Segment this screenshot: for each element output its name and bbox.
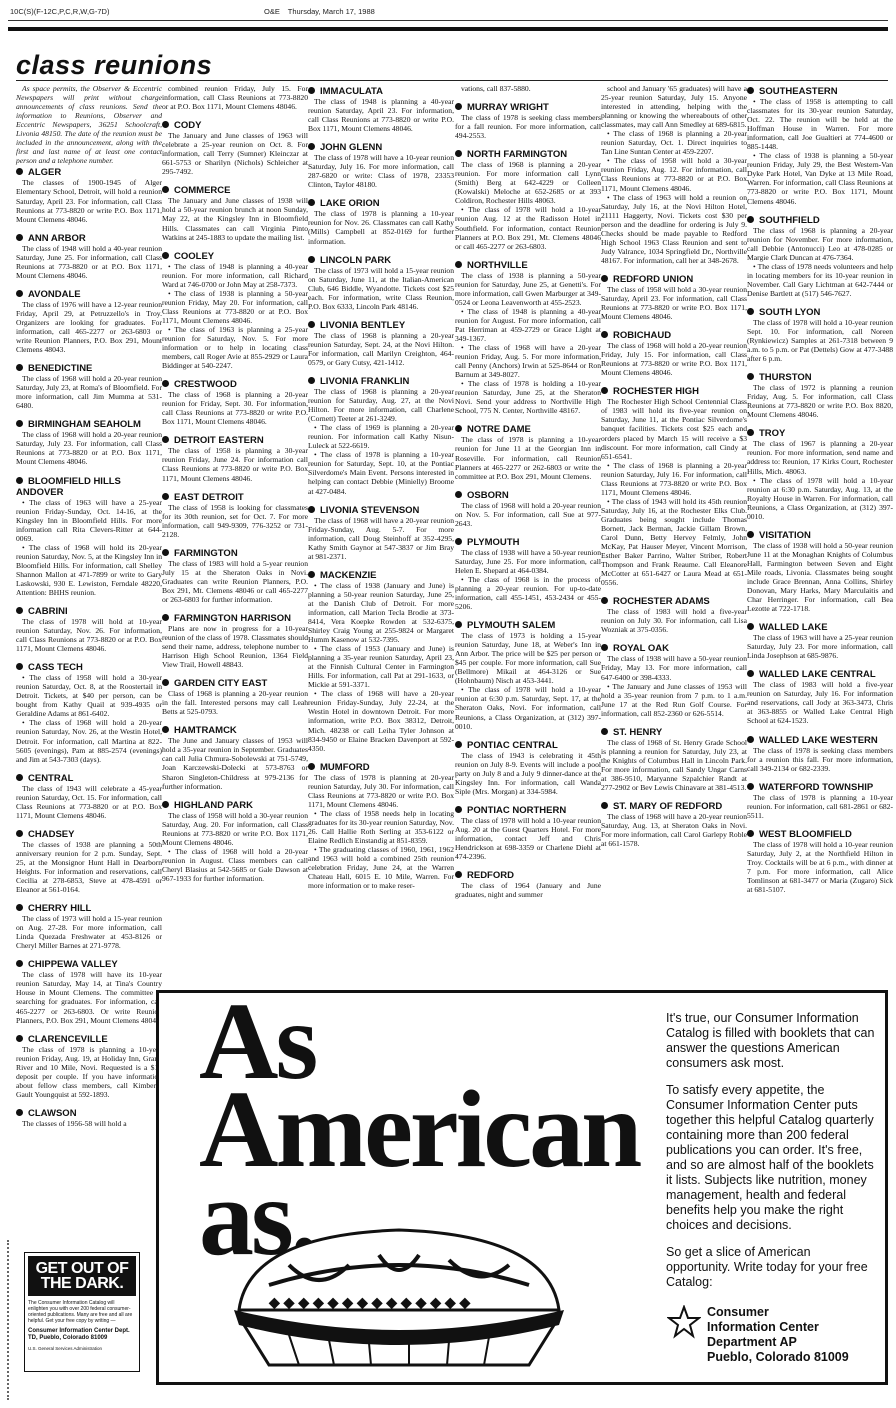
school-name: DETROIT EASTERN bbox=[174, 435, 264, 446]
reunion-text: The class of 1968 is planning a 20-year … bbox=[308, 331, 454, 367]
ad-paragraph: So get a slice of American opportunity. … bbox=[666, 1245, 876, 1290]
bullet-icon bbox=[308, 199, 315, 206]
school-name: SOUTH LYON bbox=[759, 307, 820, 318]
school-heading: NORTHVILLE bbox=[455, 260, 601, 271]
bullet-icon bbox=[455, 621, 462, 628]
bullet-icon bbox=[16, 663, 23, 670]
school-name: ROCHESTER ADAMS bbox=[613, 596, 710, 607]
bullet-icon bbox=[308, 506, 315, 513]
column-5: school and January '65 graduates) will h… bbox=[601, 84, 747, 857]
reunion-entry: PONTIAC NORTHERNThe class of 1978 will h… bbox=[455, 805, 601, 861]
school-name: ST. MARY OF REDFORD bbox=[613, 801, 722, 812]
bullet-icon bbox=[747, 308, 754, 315]
small-ad-headline: GET OUT OF THE DARK. bbox=[28, 1256, 136, 1296]
reunion-entry: ANN ARBORThe class of 1948 will hold a 4… bbox=[16, 233, 162, 280]
school-name: ST. HENRY bbox=[613, 727, 662, 738]
reunion-text: The class of 1968 is planning a 20-year … bbox=[747, 226, 893, 262]
reunion-text: • The class of 1958 will hold a 30-year … bbox=[16, 673, 162, 718]
bullet-icon bbox=[162, 801, 169, 808]
school-heading: FARMINGTON HARRISON bbox=[162, 613, 308, 624]
bullet-icon bbox=[455, 261, 462, 268]
star-logo-icon bbox=[667, 1305, 701, 1339]
bullet-icon bbox=[16, 290, 23, 297]
bullet-icon bbox=[308, 87, 315, 94]
school-name: PLYMOUTH bbox=[467, 537, 519, 548]
reunion-entry: DETROIT EASTERNThe class of 1958 is plan… bbox=[162, 435, 308, 482]
school-heading: CLAWSON bbox=[16, 1108, 162, 1119]
bullet-icon bbox=[162, 436, 169, 443]
reunion-text: • The class of 1978 will hold a 10-year … bbox=[455, 205, 601, 250]
school-heading: REDFORD bbox=[455, 870, 601, 881]
bullet-icon bbox=[16, 234, 23, 241]
reunion-text: school and January '65 graduates) will h… bbox=[601, 84, 747, 129]
school-heading: FARMINGTON bbox=[162, 548, 308, 559]
reunion-text: The class of 1948 is planning a 40-year … bbox=[308, 97, 454, 133]
intro-text: As space permits, the Observer & Eccentr… bbox=[16, 84, 162, 165]
bullet-icon bbox=[308, 377, 315, 384]
reunion-text: The Rochester High School Centennial Cla… bbox=[601, 397, 747, 460]
reunion-text: The class of 1964 (January and June grad… bbox=[455, 881, 601, 899]
school-heading: DETROIT EASTERN bbox=[162, 435, 308, 446]
school-heading: SOUTHEASTERN bbox=[747, 86, 893, 97]
reunion-text: • The class of 1968 will hold its 20-yea… bbox=[16, 543, 162, 597]
reunion-text: The classes of 1938 are planning a 50th … bbox=[16, 840, 162, 894]
reunion-text: The class of 1943 will celebrate a 45-ye… bbox=[16, 784, 162, 820]
reunion-entry: LIVONIA BENTLEYThe class of 1968 is plan… bbox=[308, 320, 454, 367]
reunion-entry: CLARENCEVILLEThe class of 1978 is planni… bbox=[16, 1034, 162, 1099]
school-heading: COOLEY bbox=[162, 251, 308, 262]
bullet-icon bbox=[747, 670, 754, 677]
school-name: THURSTON bbox=[759, 372, 812, 383]
reunion-text: The class of 1968 will hold a 20-year re… bbox=[601, 341, 747, 377]
reunion-text: The class of 1978 is seeking class membe… bbox=[455, 113, 601, 140]
bullet-icon bbox=[601, 802, 608, 809]
school-name: CRESTWOOD bbox=[174, 379, 237, 390]
school-heading: CENTRAL bbox=[16, 773, 162, 784]
reunion-entry: NORTHVILLEThe class of 1938 is planning … bbox=[455, 260, 601, 416]
school-name: HAMTRAMCK bbox=[174, 725, 237, 736]
reunion-text: The June and January classes of 1953 wil… bbox=[162, 736, 308, 790]
bullet-icon bbox=[16, 607, 23, 614]
reunion-text: The class of 1983 will hold a five-year … bbox=[601, 607, 747, 634]
school-heading: NOTRE DAME bbox=[455, 424, 601, 435]
reunion-entry: ROCHESTER ADAMSThe class of 1983 will ho… bbox=[601, 596, 747, 634]
school-heading: PONTIAC CENTRAL bbox=[455, 740, 601, 751]
small-ad-body: The Consumer Information Catalog will en… bbox=[28, 1300, 136, 1324]
reunion-entry: ST. MARY OF REDFORDThe class of 1968 wil… bbox=[601, 801, 747, 848]
bullet-icon bbox=[455, 741, 462, 748]
school-name: SOUTHEASTERN bbox=[759, 86, 838, 97]
school-name: ANN ARBOR bbox=[28, 233, 86, 244]
reunion-text: The class of 1973 will hold a 15-year re… bbox=[308, 266, 454, 311]
bullet-icon bbox=[16, 168, 23, 175]
reunion-entry: JOHN GLENNThe class of 1978 will have a … bbox=[308, 142, 454, 189]
school-name: FARMINGTON bbox=[174, 548, 238, 559]
reunion-text: • The class of 1978 is planning a 10-yea… bbox=[308, 450, 454, 495]
school-name: ROCHESTER HIGH bbox=[613, 386, 699, 397]
school-name: LIVONIA FRANKLIN bbox=[320, 376, 409, 387]
small-ad-footer: U.S. General Services Administration bbox=[28, 1346, 136, 1351]
bullet-icon bbox=[455, 150, 462, 157]
school-heading: CASS TECH bbox=[16, 662, 162, 673]
reunion-text: The class of 1972 is planning a reunion … bbox=[747, 383, 893, 419]
school-heading: CHIPPEWA VALLEY bbox=[16, 959, 162, 970]
bullet-icon bbox=[455, 425, 462, 432]
reunion-text: • The class of 1968 will have a 20-year … bbox=[455, 343, 601, 379]
reunion-entry: CODYThe January and June classes of 1963… bbox=[162, 120, 308, 176]
school-heading: NORTH FARMINGTON bbox=[455, 149, 601, 160]
reunion-entry: vations, call 837-5880. bbox=[455, 84, 601, 93]
bullet-icon bbox=[747, 429, 754, 436]
bullet-icon bbox=[455, 806, 462, 813]
school-name: WEST BLOOMFIELD bbox=[759, 829, 852, 840]
reunion-entry: MACKENZIE• The class of 1938 (January an… bbox=[308, 570, 454, 753]
school-name: BENEDICTINE bbox=[28, 363, 92, 374]
reunion-entry: OSBORNThe class of 1968 will hold a 20-y… bbox=[455, 490, 601, 528]
reunion-text: The class of 1973 will hold a 15-year re… bbox=[16, 914, 162, 950]
reunion-text: The class of 1978 will have a 10-year re… bbox=[308, 153, 454, 189]
reunion-text: The class of 1978 is planning a 10-year … bbox=[16, 1045, 162, 1099]
school-heading: WALLED LAKE WESTERN bbox=[747, 735, 893, 746]
school-heading: CRESTWOOD bbox=[162, 379, 308, 390]
reunion-text: The class of 1978 will have its 10-year … bbox=[16, 970, 162, 1024]
reunion-text: The class of 1968 will hold a 20-year re… bbox=[16, 374, 162, 410]
ad-address-line: Information Center bbox=[707, 1320, 849, 1335]
reunion-text: The class of 1948 will hold a 40-year re… bbox=[16, 244, 162, 280]
reunion-entry: COMMERCEThe January and June classes of … bbox=[162, 185, 308, 241]
school-heading: BENEDICTINE bbox=[16, 363, 162, 374]
reunion-text: The class of 1958 is looking for classma… bbox=[162, 503, 308, 539]
reunion-text: The class of 1978 will hold a 10-year re… bbox=[455, 816, 601, 861]
bullet-icon bbox=[308, 321, 315, 328]
reunion-entry: PLYMOUTH SALEMThe class of 1973 is holdi… bbox=[455, 620, 601, 731]
reunion-entry: LAKE ORIONThe class of 1978 is planning … bbox=[308, 198, 454, 245]
school-name: JOHN GLENN bbox=[320, 142, 382, 153]
column-6: SOUTHEASTERN• The class of 1958 is attem… bbox=[747, 84, 893, 903]
school-name: WALLED LAKE WESTERN bbox=[759, 735, 878, 746]
reunion-text: The class of 1983 will hold a 5-year reu… bbox=[162, 559, 308, 604]
reunion-text: • The class of 1963 will hold a reunion … bbox=[601, 193, 747, 265]
school-heading: CHADSEY bbox=[16, 829, 162, 840]
school-name: CLARENCEVILLE bbox=[28, 1034, 108, 1045]
reunion-text: • The class of 1968 will hold a 20-year … bbox=[162, 847, 308, 883]
school-heading: THURSTON bbox=[747, 372, 893, 383]
reunion-entry: NORTH FARMINGTONThe class of 1968 is pla… bbox=[455, 149, 601, 250]
reunion-entry: CRESTWOODThe class of 1968 is planning a… bbox=[162, 379, 308, 426]
folio-center: O&E Thursday, March 17, 1988 bbox=[264, 7, 381, 16]
reunion-text: The class of 1978 is planning a 10-year … bbox=[747, 793, 893, 820]
school-name: BIRMINGHAM SEAHOLM bbox=[28, 419, 141, 430]
reunion-text: • The class of 1968 will hold a 20-year … bbox=[16, 718, 162, 763]
school-name: ALGER bbox=[28, 167, 61, 178]
reunion-text: • The class of 1938 is planning a 50-yea… bbox=[162, 289, 308, 325]
reunion-entry: ROCHESTER HIGHThe Rochester High School … bbox=[601, 386, 747, 587]
school-heading: PLYMOUTH SALEM bbox=[455, 620, 601, 631]
school-name: HIGHLAND PARK bbox=[174, 800, 253, 811]
reunion-entry: WEST BLOOMFIELDThe class of 1978 will ho… bbox=[747, 829, 893, 894]
school-heading: TROY bbox=[747, 428, 893, 439]
reunion-entry: VISITATIONThe class of 1938 will hold a … bbox=[747, 530, 893, 613]
ad-address-line: Consumer bbox=[707, 1305, 849, 1320]
issue-date: Thursday, March 17, 1988 bbox=[288, 7, 375, 16]
school-name: ROYAL OAK bbox=[613, 643, 669, 654]
school-heading: LAKE ORION bbox=[308, 198, 454, 209]
reunion-entry: SOUTHEASTERN• The class of 1958 is attem… bbox=[747, 86, 893, 206]
school-heading: BLOOMFIELD HILLS ANDOVER bbox=[16, 476, 162, 498]
reunion-entry: NOTRE DAMEThe class of 1978 is planning … bbox=[455, 424, 601, 480]
column-3: IMMACULATAThe class of 1948 is planning … bbox=[308, 84, 454, 899]
reunion-text: The class of 1978 will hold a 10-year re… bbox=[747, 840, 893, 894]
bullet-icon bbox=[308, 763, 315, 770]
school-heading: PONTIAC NORTHERN bbox=[455, 805, 601, 816]
school-heading: WATERFORD TOWNSHIP bbox=[747, 782, 893, 793]
reunion-text: The class of 1958 will hold a 30-year re… bbox=[601, 285, 747, 321]
small-ad-get-out-of-the-dark: GET OUT OF THE DARK. The Consumer Inform… bbox=[24, 1252, 140, 1372]
reunion-entry: WALLED LAKE CENTRALThe class of 1983 wil… bbox=[747, 669, 893, 725]
school-name: LIVONIA BENTLEY bbox=[320, 320, 405, 331]
reunion-entry: LIVONIA FRANKLINThe class of 1968 is pla… bbox=[308, 376, 454, 496]
reunion-text: • The class of 1968 is in the process of… bbox=[455, 575, 601, 611]
school-heading: ANN ARBOR bbox=[16, 233, 162, 244]
school-heading: ST. MARY OF REDFORD bbox=[601, 801, 747, 812]
paper-name: O&E bbox=[264, 7, 280, 16]
bullet-icon bbox=[16, 830, 23, 837]
reunion-entry: AVONDALEThe class of 1976 will have a 12… bbox=[16, 289, 162, 354]
reunion-text: The class of 1968 is planning a 20-year … bbox=[308, 387, 454, 423]
reunion-text: The class of 1938 will have a 50-year re… bbox=[455, 548, 601, 575]
school-name: CHERRY HILL bbox=[28, 903, 91, 914]
ad-address-line: Department AP bbox=[707, 1335, 849, 1350]
reunion-text: • The class of 1978 will hold a 10-year … bbox=[747, 476, 893, 521]
school-name: CLAWSON bbox=[28, 1108, 77, 1119]
school-name: CODY bbox=[174, 120, 201, 131]
school-heading: ROCHESTER HIGH bbox=[601, 386, 747, 397]
reunion-text: The class of 1963 will have a 25-year re… bbox=[747, 633, 893, 660]
school-heading: AVONDALE bbox=[16, 289, 162, 300]
bullet-icon bbox=[308, 571, 315, 578]
bullet-icon bbox=[308, 143, 315, 150]
school-name: LAKE ORION bbox=[320, 198, 380, 209]
reunion-text: The class of 1943 is celebrating it 45th… bbox=[455, 751, 601, 796]
ad-address: Consumer Information Center Department A… bbox=[707, 1305, 849, 1365]
bullet-icon bbox=[455, 103, 462, 110]
reunion-text: The class of 1938 will hold a 50-year re… bbox=[747, 541, 893, 613]
reunion-text: • The class of 1963 will have a 25-year … bbox=[16, 498, 162, 543]
bullet-icon bbox=[16, 420, 23, 427]
bullet-icon bbox=[601, 331, 608, 338]
reunion-text: The class of 1938 is planning a 50-year … bbox=[455, 271, 601, 307]
bullet-icon bbox=[308, 256, 315, 263]
section-title: class reunions bbox=[16, 52, 212, 79]
title-rule bbox=[16, 80, 888, 81]
apple-pie-illustration: ◆ ◆ ◆ ◆ ◆ ◆ ◆ ◆ ◆ ◆ ◆ ◆ ◆ ◆ bbox=[229, 1215, 569, 1375]
bullet-icon bbox=[162, 493, 169, 500]
school-heading: ALGER bbox=[16, 167, 162, 178]
reunion-entry: THURSTONThe class of 1972 is planning a … bbox=[747, 372, 893, 419]
reunion-text: • The class of 1948 is planning a 40-yea… bbox=[162, 262, 308, 289]
school-heading: MACKENZIE bbox=[308, 570, 454, 581]
bullet-icon bbox=[455, 538, 462, 545]
reunion-entry: MURRAY WRIGHTThe class of 1978 is seekin… bbox=[455, 102, 601, 140]
reunion-entry: LIVONIA STEVENSONThe class of 1968 will … bbox=[308, 505, 454, 561]
reunion-text: The class of 1968 will have a 20-year re… bbox=[308, 516, 454, 561]
reunion-entry: CHIPPEWA VALLEYThe class of 1978 will ha… bbox=[16, 959, 162, 1024]
reunion-entry: FARMINGTONThe class of 1983 will hold a … bbox=[162, 548, 308, 604]
reunion-entry: TROYThe class of 1967 is planning a 20-y… bbox=[747, 428, 893, 520]
school-name: OSBORN bbox=[467, 490, 509, 501]
school-name: MACKENZIE bbox=[320, 570, 376, 581]
school-heading: CHERRY HILL bbox=[16, 903, 162, 914]
school-name: SOUTHFIELD bbox=[759, 215, 820, 226]
reunion-text: vations, call 837-5880. bbox=[455, 84, 601, 93]
school-heading: LIVONIA BENTLEY bbox=[308, 320, 454, 331]
school-name: CENTRAL bbox=[28, 773, 73, 784]
reunion-text: The January and June classes of 1938 wil… bbox=[162, 196, 308, 241]
bullet-icon bbox=[162, 614, 169, 621]
school-name: IMMACULATA bbox=[320, 86, 383, 97]
school-name: COMMERCE bbox=[174, 185, 230, 196]
reunion-entry: WATERFORD TOWNSHIPThe class of 1978 is p… bbox=[747, 782, 893, 820]
bullet-icon bbox=[747, 783, 754, 790]
reunion-entry: FARMINGTON HARRISONPlans are now in prog… bbox=[162, 613, 308, 669]
reunion-text: • The class of 1978 needs volunteers and… bbox=[747, 262, 893, 298]
reunion-text: The class of 1978 is planning at 20-year… bbox=[308, 773, 454, 809]
school-name: PONTIAC NORTHERN bbox=[467, 805, 566, 816]
bullet-icon bbox=[162, 679, 169, 686]
bullet-icon bbox=[747, 736, 754, 743]
school-name: LIVONIA STEVENSON bbox=[320, 505, 419, 516]
reunion-text: Class of 1968 is planning a 20-year reun… bbox=[162, 689, 308, 716]
ad-paragraph: To satisfy every appetite, the Consumer … bbox=[666, 1083, 876, 1233]
school-heading: LINCOLN PARK bbox=[308, 255, 454, 266]
reunion-text: • The graduating classes of 1960, 1961, … bbox=[308, 845, 454, 890]
reunion-text: • The class of 1958 will hold a 30-year … bbox=[601, 156, 747, 192]
school-name: NOTRE DAME bbox=[467, 424, 531, 435]
school-name: WALLED LAKE CENTRAL bbox=[759, 669, 876, 680]
bullet-icon bbox=[162, 549, 169, 556]
reunion-entry: ST. HENRYThe class of 1968 of St. Henry … bbox=[601, 727, 747, 792]
school-name: PONTIAC CENTRAL bbox=[467, 740, 558, 751]
consumer-information-ad: As American as... ◆ ◆ ◆ ◆ ◆ ◆ ◆ ◆ ◆ ◆ ◆ … bbox=[156, 990, 888, 1385]
bullet-icon bbox=[601, 597, 608, 604]
school-name: REDFORD bbox=[467, 870, 514, 881]
reunion-text: • The class of 1963 is planning a 25-yea… bbox=[162, 325, 308, 370]
reunion-entry: LINCOLN PARKThe class of 1973 will hold … bbox=[308, 255, 454, 311]
school-name: TROY bbox=[759, 428, 785, 439]
school-heading: ROYAL OAK bbox=[601, 643, 747, 654]
school-heading: MURRAY WRIGHT bbox=[455, 102, 601, 113]
bullet-icon bbox=[162, 121, 169, 128]
reunion-entry: BLOOMFIELD HILLS ANDOVER• The class of 1… bbox=[16, 476, 162, 598]
school-name: CASS TECH bbox=[28, 662, 83, 673]
reunion-text: The class of 1967 is planning a 20-year … bbox=[747, 439, 893, 475]
school-heading: COMMERCE bbox=[162, 185, 308, 196]
reunion-text: The class of 1958 will hold a 30-year re… bbox=[162, 811, 308, 847]
reunion-text: Plans are now in progress for a 10-year … bbox=[162, 624, 308, 669]
school-name: NORTHVILLE bbox=[467, 260, 528, 271]
reunion-text: The class of 1968 is planning a 20-year … bbox=[162, 390, 308, 426]
school-heading: WALLED LAKE CENTRAL bbox=[747, 669, 893, 680]
reunion-text: The class of 1978 is seeking class membe… bbox=[747, 746, 893, 773]
school-name: CHADSEY bbox=[28, 829, 74, 840]
ad-body: It's true, our Consumer Information Cata… bbox=[666, 1011, 876, 1302]
school-heading: SOUTH LYON bbox=[747, 307, 893, 318]
school-heading: BIRMINGHAM SEAHOLM bbox=[16, 419, 162, 430]
bullet-icon bbox=[601, 728, 608, 735]
reunion-text: The class of 1968 is planning a 20-year … bbox=[455, 160, 601, 205]
school-heading: JOHN GLENN bbox=[308, 142, 454, 153]
reunion-entry: HIGHLAND PARKThe class of 1958 will hold… bbox=[162, 800, 308, 883]
school-heading: WALLED LAKE bbox=[747, 622, 893, 633]
school-name: CABRINI bbox=[28, 606, 68, 617]
school-heading: ROBICHAUD bbox=[601, 330, 747, 341]
reunion-text: The classes of 1956-58 will hold a bbox=[16, 1119, 162, 1128]
reunion-text: • The class of 1969 is planning a 20-yea… bbox=[308, 423, 454, 450]
reunion-text: • The class of 1978 will hold a 10-year … bbox=[455, 685, 601, 730]
column-1: As space permits, the Observer & Eccentr… bbox=[16, 84, 162, 1137]
reunion-entry: CHERRY HILLThe class of 1973 will hold a… bbox=[16, 903, 162, 950]
school-name: NORTH FARMINGTON bbox=[467, 149, 567, 160]
bullet-icon bbox=[747, 216, 754, 223]
reunion-text: • The class of 1948 is planning a 40-yea… bbox=[455, 307, 601, 343]
bullet-icon bbox=[16, 774, 23, 781]
school-name: WATERFORD TOWNSHIP bbox=[759, 782, 873, 793]
bullet-icon bbox=[747, 830, 754, 837]
school-name: VISITATION bbox=[759, 530, 811, 541]
page-folio: 10C(S)(F-12C,P,C,R,W,G-7D) O&E Thursday,… bbox=[8, 4, 888, 21]
bullet-icon bbox=[16, 1035, 23, 1042]
edition-code: 10C(S)(F-12C,P,C,R,W,G-7D) bbox=[10, 7, 109, 16]
reunion-entry: CASS TECH• The class of 1958 will hold a… bbox=[16, 662, 162, 763]
reunion-text: The class of 1978 is planning a 10-year … bbox=[455, 435, 601, 480]
reunion-text: The class of 1968 will hold a 20-year re… bbox=[455, 501, 601, 528]
bullet-icon bbox=[16, 960, 23, 967]
school-heading: ROCHESTER ADAMS bbox=[601, 596, 747, 607]
reunion-text: The class of 1976 will have a 12-year re… bbox=[16, 300, 162, 354]
school-heading: PLYMOUTH bbox=[455, 537, 601, 548]
reunion-text: The class of 1983 will hold a five-year … bbox=[747, 680, 893, 725]
school-heading: HAMTRAMCK bbox=[162, 725, 308, 736]
bullet-icon bbox=[747, 623, 754, 630]
header-rule bbox=[8, 27, 888, 31]
reunion-text: • The class of 1938 (January and June) i… bbox=[308, 581, 454, 644]
school-heading: REDFORD UNION bbox=[601, 274, 747, 285]
school-heading: MUMFORD bbox=[308, 762, 454, 773]
bullet-icon bbox=[162, 186, 169, 193]
reunion-text: The class of 1968 will hold a 20-year re… bbox=[16, 430, 162, 466]
ad-paragraph: It's true, our Consumer Information Cata… bbox=[666, 1011, 876, 1071]
school-heading: HIGHLAND PARK bbox=[162, 800, 308, 811]
reunion-entry: REDFORDThe class of 1964 (January and Ju… bbox=[455, 870, 601, 899]
bullet-icon bbox=[162, 380, 169, 387]
school-name: ROBICHAUD bbox=[613, 330, 671, 341]
reunion-entry: BENEDICTINEThe class of 1968 will hold a… bbox=[16, 363, 162, 410]
reunion-text: • The January and June classes of 1953 w… bbox=[601, 682, 747, 718]
school-heading: GARDEN CITY EAST bbox=[162, 678, 308, 689]
svg-text:◆ ◆ ◆ ◆ ◆ ◆ ◆ ◆ ◆ ◆ ◆ ◆ ◆ ◆: ◆ ◆ ◆ ◆ ◆ ◆ ◆ ◆ ◆ ◆ ◆ ◆ ◆ ◆ bbox=[268, 1294, 472, 1310]
reunion-entry: SOUTH LYONThe class of 1978 will hold a … bbox=[747, 307, 893, 363]
reunion-entry: ROYAL OAKThe class of 1938 will have a 5… bbox=[601, 643, 747, 717]
reunion-text: The class of 1958 is planning a 30-year … bbox=[162, 446, 308, 482]
reunion-text: • The class of 1968 is planning a 20-yea… bbox=[601, 461, 747, 497]
school-name: MUMFORD bbox=[320, 762, 370, 773]
reunion-entry: CABRINIThe class of 1978 will hold at 10… bbox=[16, 606, 162, 653]
school-name: MURRAY WRIGHT bbox=[467, 102, 549, 113]
bullet-icon bbox=[601, 275, 608, 282]
school-heading: LIVONIA STEVENSON bbox=[308, 505, 454, 516]
reunion-entry: CLAWSONThe classes of 1956-58 will hold … bbox=[16, 1108, 162, 1128]
bullet-icon bbox=[16, 1109, 23, 1116]
